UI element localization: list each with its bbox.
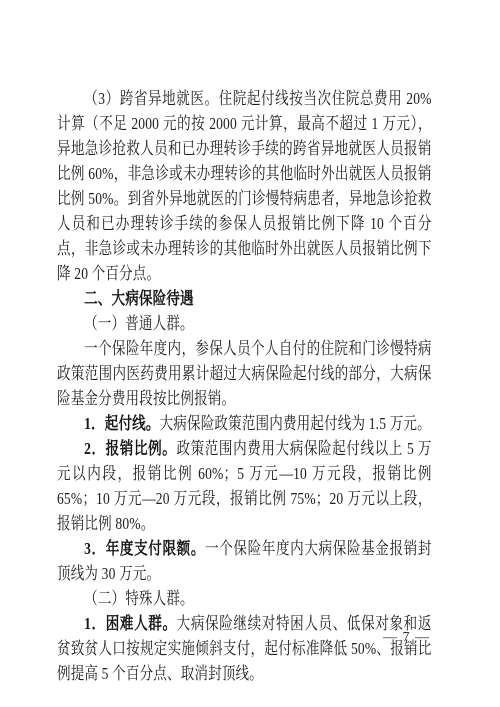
subsection-heading: （一）普通人群。: [57, 311, 432, 336]
paragraph-lead: 1．起付线。: [84, 414, 159, 433]
paragraph-lead: 3．年度支付限额。: [84, 539, 205, 558]
page-number: — 7 —: [383, 630, 430, 646]
paragraph: 2．报销比例。政策范围内费用大病保险起付线以上 5 万元以内段，报销比例 60%…: [57, 436, 432, 536]
paragraph: 1．困难人群。大病保险继续对特困人员、低保对象和返贫致贫人口按规定实施倾斜支付，…: [57, 611, 432, 686]
paragraph: 1．起付线。大病保险政策范围内费用起付线为 1.5 万元。: [57, 411, 432, 436]
paragraph: 一个保险年度内，参保人员个人自付的住院和门诊慢特病政策范围内医药费用累计超过大病…: [57, 336, 432, 411]
section-heading: 二、大病保险待遇: [57, 286, 432, 311]
subsection-heading: （二）特殊人群。: [57, 586, 432, 611]
document-page: （3）跨省异地就医。住院起付线按当次住院总费用 20%计算（不足 2000 元的…: [0, 0, 500, 707]
document-body: （3）跨省异地就医。住院起付线按当次住院总费用 20%计算（不足 2000 元的…: [57, 86, 432, 686]
paragraph: 3．年度支付限额。一个保险年度内大病保险基金报销封顶线为 30 万元。: [57, 536, 432, 586]
paragraph: （3）跨省异地就医。住院起付线按当次住院总费用 20%计算（不足 2000 元的…: [57, 86, 432, 286]
paragraph-lead: 1．困难人群。: [84, 614, 177, 633]
paragraph-lead: 2．报销比例。: [84, 439, 176, 458]
